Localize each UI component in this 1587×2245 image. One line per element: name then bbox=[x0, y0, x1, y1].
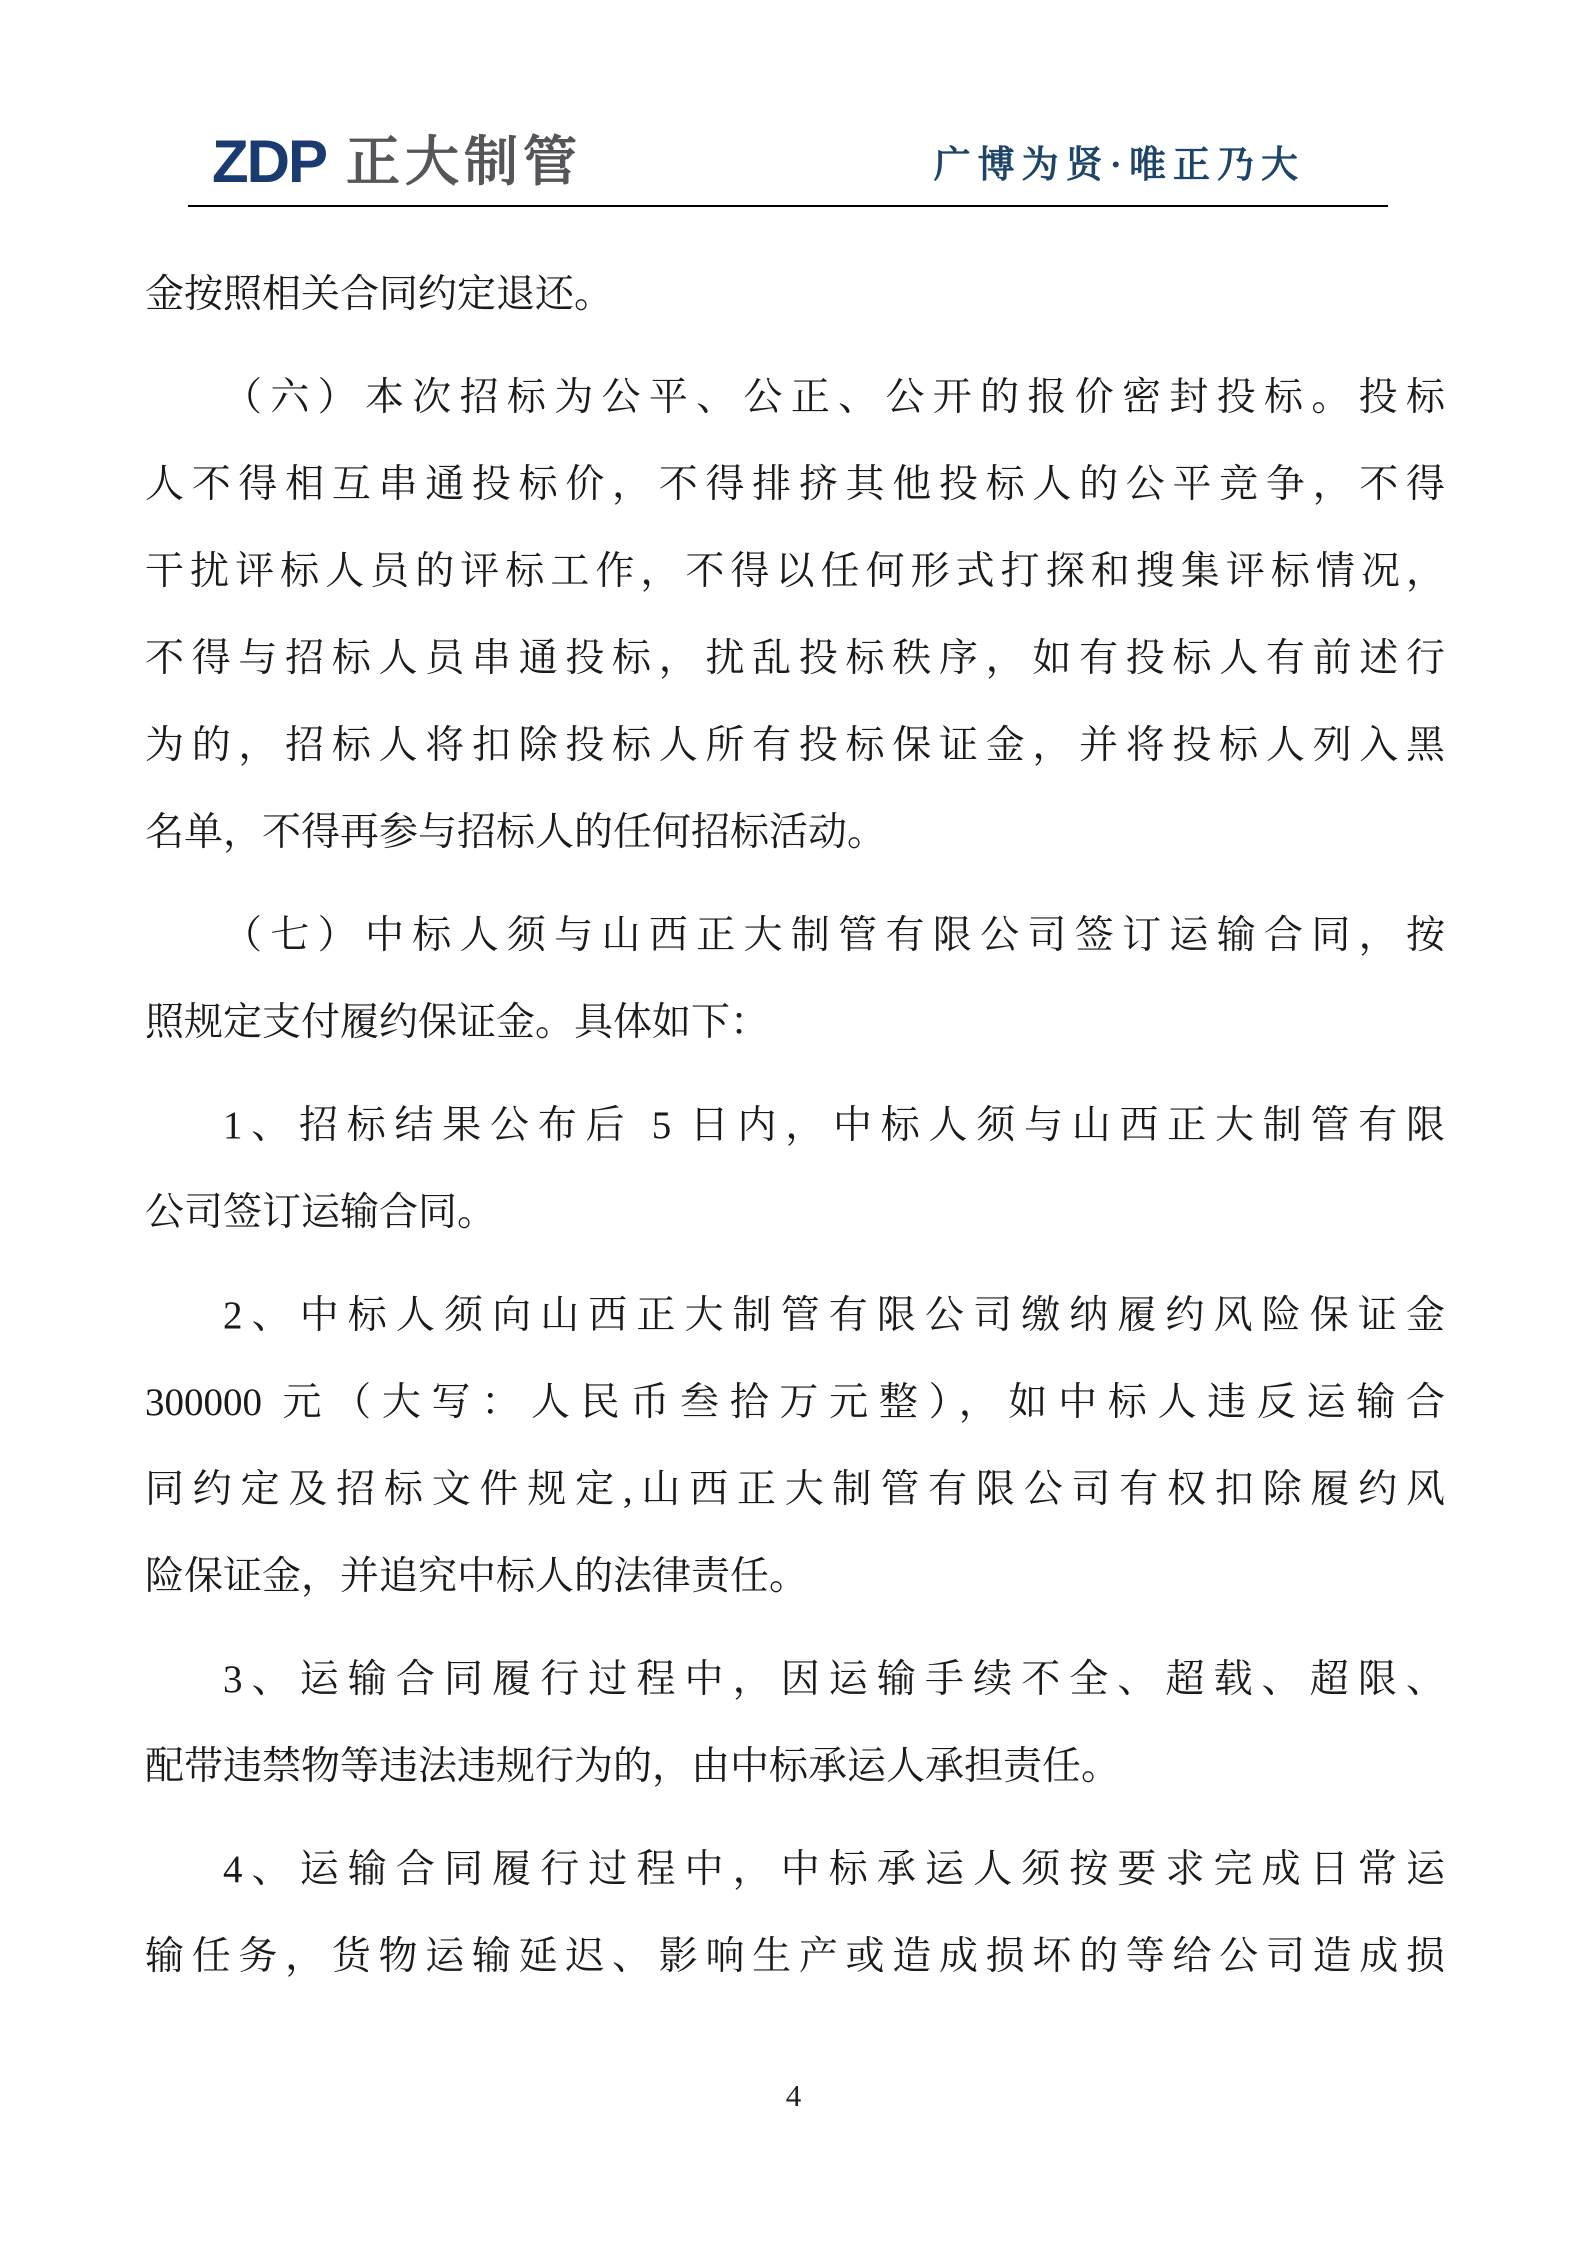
text-line: 金按照相关合同约定退还。 bbox=[145, 251, 1445, 338]
text-line: 照规定支付履约保证金。具体如下： bbox=[145, 979, 1445, 1066]
page-number: 4 bbox=[786, 2078, 802, 2113]
logo-company-name: 正大制管 bbox=[346, 134, 582, 190]
text-line: （六）本次招标为公平、公正、公开的报价密封投标。投标 bbox=[145, 354, 1445, 441]
text-line: 名单，不得再参与招标人的任何招标活动。 bbox=[145, 789, 1445, 876]
paragraph: 金按照相关合同约定退还。 bbox=[145, 251, 1445, 338]
text-line: 3、运输合同履行过程中，因运输手续不全、超载、超限、 bbox=[145, 1636, 1445, 1723]
logo-zdp-text: ZDP bbox=[212, 132, 326, 192]
paragraph: （六）本次招标为公平、公正、公开的报价密封投标。投标人不得相互串通投标价，不得排… bbox=[145, 354, 1445, 876]
page-footer: 4 bbox=[0, 2076, 1587, 2116]
text-line: 2、中标人须向山西正大制管有限公司缴纳履约风险保证金 bbox=[145, 1272, 1445, 1359]
text-line: 输任务，货物运输延迟、影响生产或造成损坏的等给公司造成损 bbox=[145, 1913, 1445, 2000]
company-logo: ZDP 正大制管 bbox=[212, 132, 582, 192]
text-line: 公司签订运输合同。 bbox=[145, 1169, 1445, 1256]
paragraph: 2、中标人须向山西正大制管有限公司缴纳履约风险保证金300000 元（大写：人民… bbox=[145, 1272, 1445, 1620]
text-line: 人不得相互串通投标价，不得排挤其他投标人的公平竞争，不得 bbox=[145, 441, 1445, 528]
text-line: （七）中标人须与山西正大制管有限公司签订运输合同，按 bbox=[145, 892, 1445, 979]
text-line: 为的，招标人将扣除投标人所有投标保证金，并将投标人列入黑 bbox=[145, 702, 1445, 789]
text-line: 同约定及招标文件规定,山西正大制管有限公司有权扣除履约风 bbox=[145, 1446, 1445, 1533]
paragraph: 4、运输合同履行过程中，中标承运人须按要求完成日常运输任务，货物运输延迟、影响生… bbox=[145, 1826, 1445, 2000]
paragraph: 1、招标结果公布后 5 日内，中标人须与山西正大制管有限公司签订运输合同。 bbox=[145, 1082, 1445, 1256]
text-line: 配带违禁物等违法违规行为的，由中标承运人承担责任。 bbox=[145, 1723, 1445, 1810]
header-divider-line bbox=[188, 205, 1388, 207]
text-line: 4、运输合同履行过程中，中标承运人须按要求完成日常运 bbox=[145, 1826, 1445, 1913]
paragraph: （七）中标人须与山西正大制管有限公司签订运输合同，按照规定支付履约保证金。具体如… bbox=[145, 892, 1445, 1066]
text-line: 1、招标结果公布后 5 日内，中标人须与山西正大制管有限 bbox=[145, 1082, 1445, 1169]
header-tagline: 广博为贤·唯正乃大 bbox=[934, 144, 1305, 188]
document-body: 金按照相关合同约定退还。（六）本次招标为公平、公正、公开的报价密封投标。投标人不… bbox=[145, 251, 1445, 2000]
text-line: 干扰评标人员的评标工作，不得以任何形式打探和搜集评标情况， bbox=[145, 528, 1445, 615]
text-line: 300000 元（大写：人民币叁拾万元整），如中标人违反运输合 bbox=[145, 1359, 1445, 1446]
document-page: ZDP 正大制管 广博为贤·唯正乃大 金按照相关合同约定退还。（六）本次招标为公… bbox=[0, 0, 1587, 2245]
page-header: ZDP 正大制管 广博为贤·唯正乃大 bbox=[0, 0, 1587, 210]
paragraph: 3、运输合同履行过程中，因运输手续不全、超载、超限、配带违禁物等违法违规行为的，… bbox=[145, 1636, 1445, 1810]
text-line: 不得与招标人员串通投标，扰乱投标秩序，如有投标人有前述行 bbox=[145, 615, 1445, 702]
text-line: 险保证金，并追究中标人的法律责任。 bbox=[145, 1533, 1445, 1620]
